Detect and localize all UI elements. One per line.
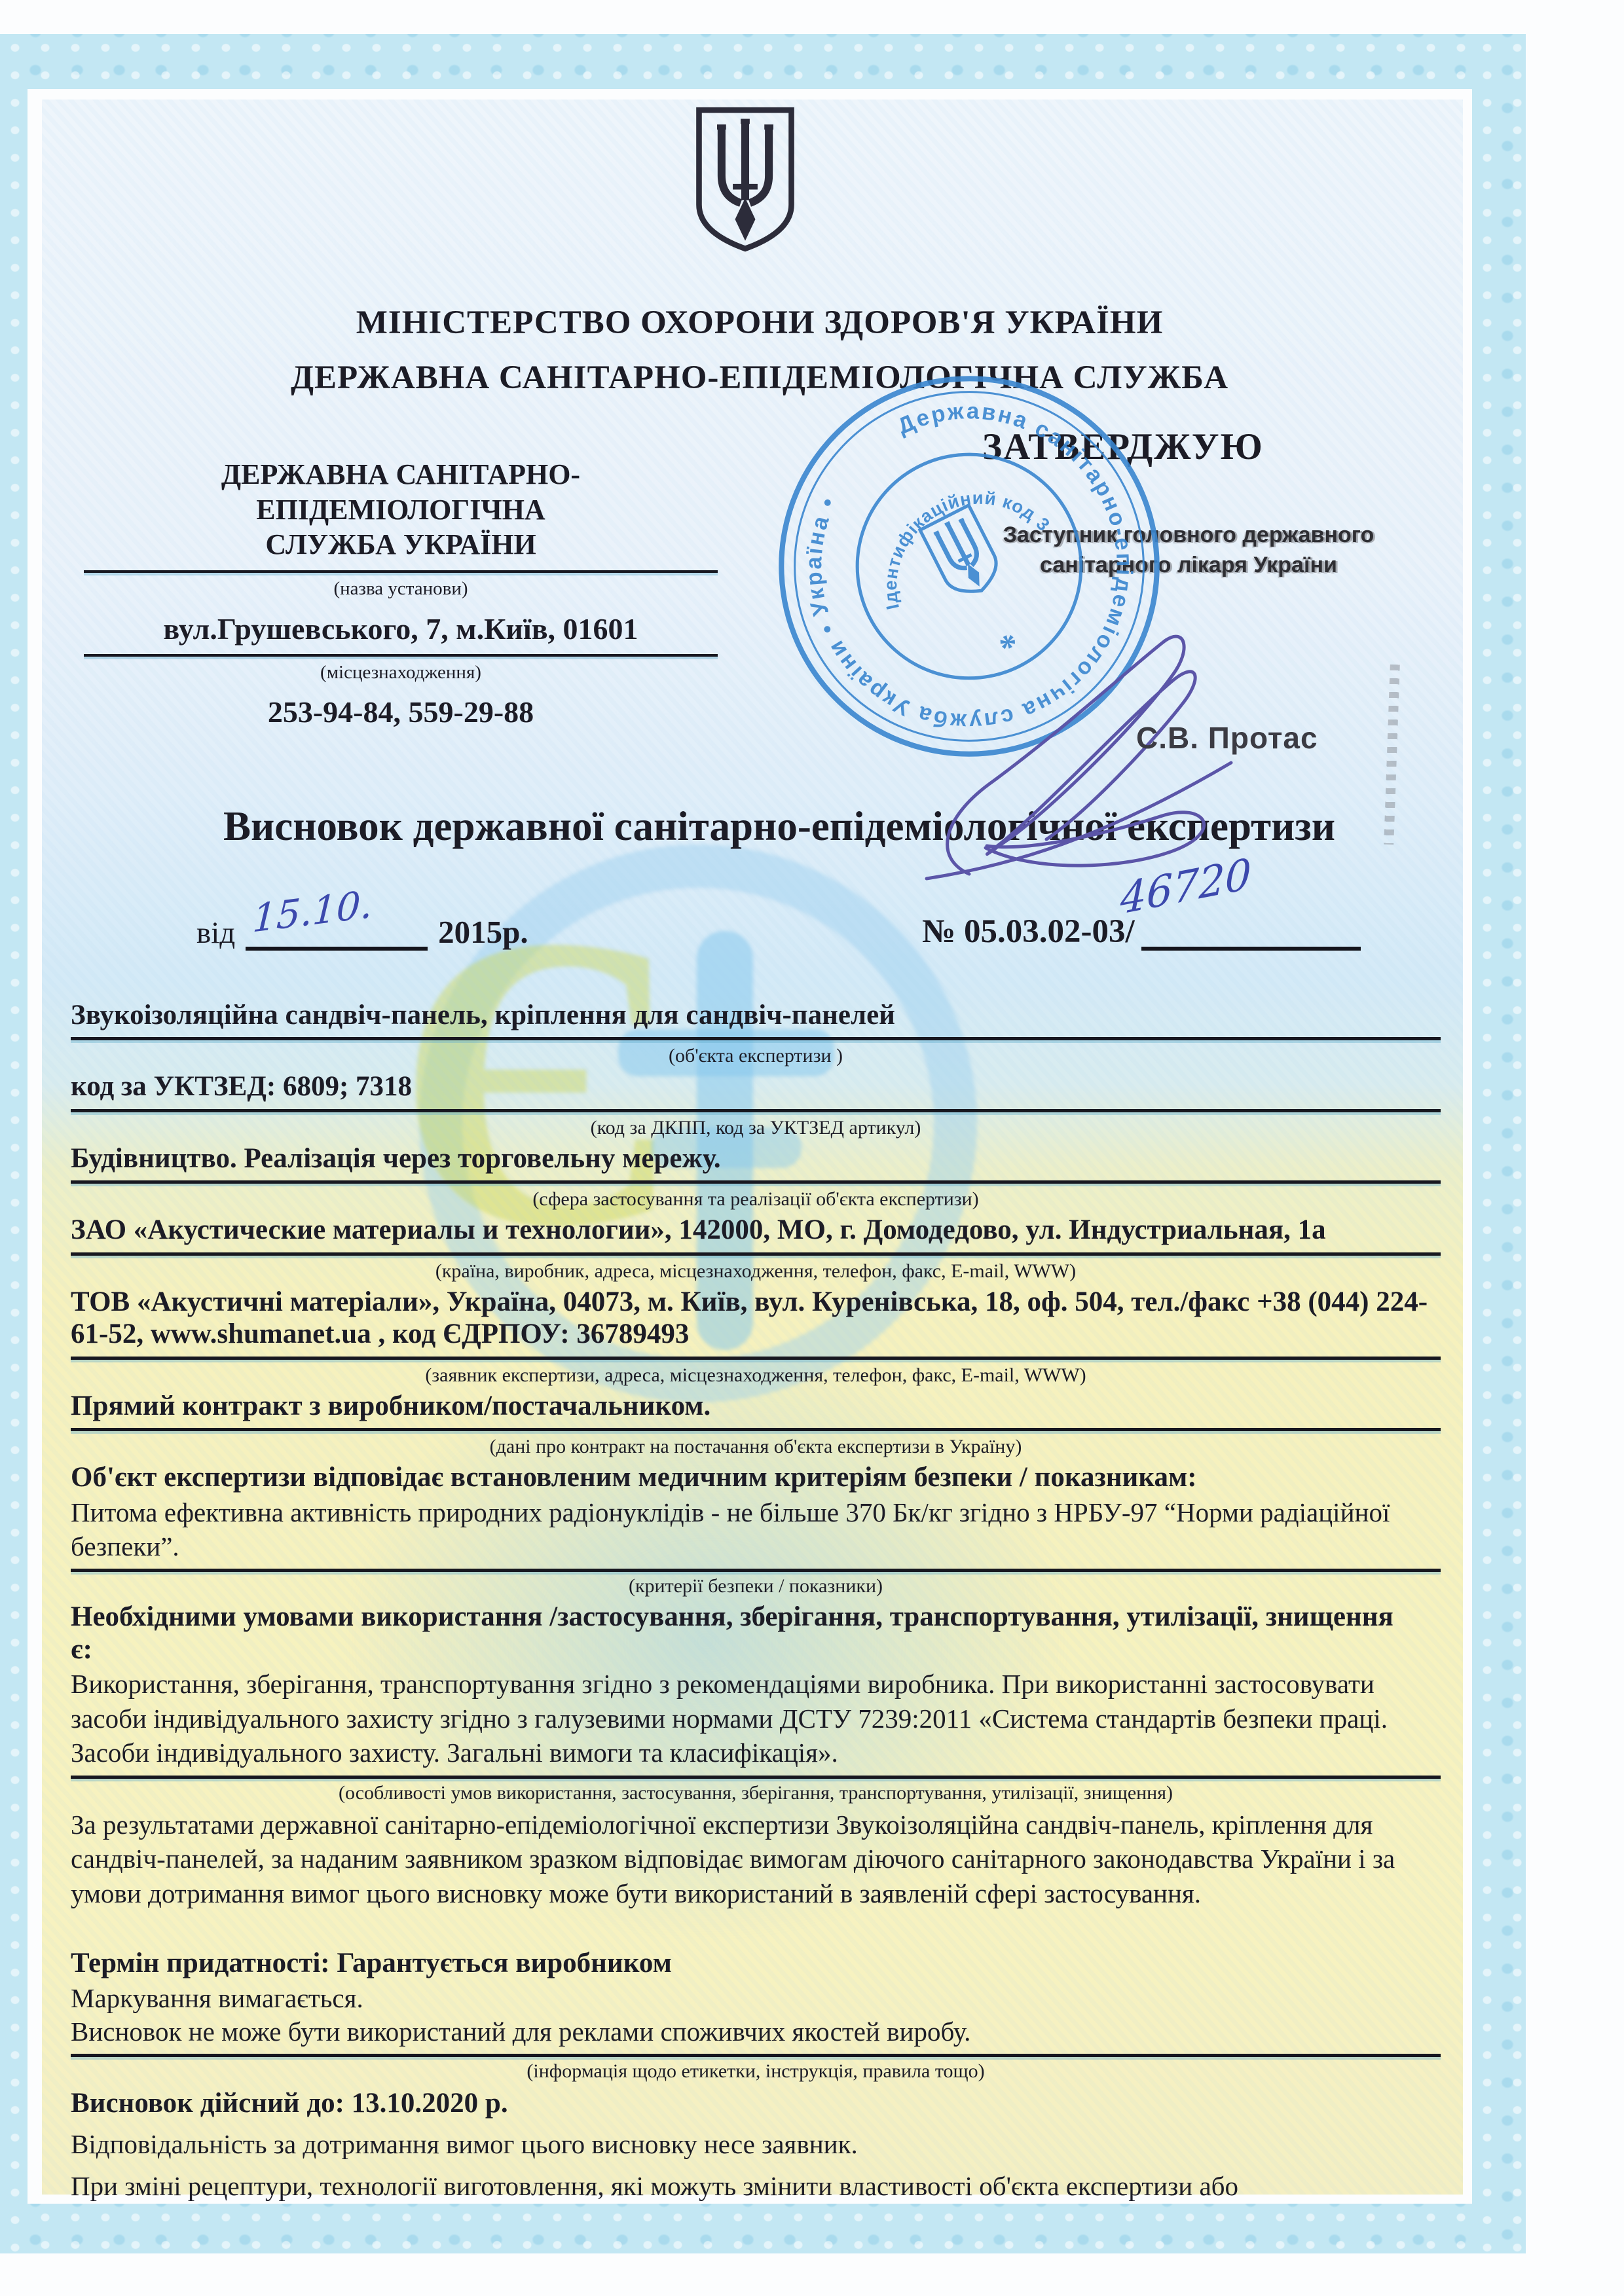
field-sphere: Будівництво. Реалізація через торговельн… (71, 1142, 1441, 1210)
responsibility-line: Відповідальність за дотримання вимог цьо… (71, 2128, 1441, 2160)
underline (71, 2054, 1441, 2057)
date-year: 2015р. (438, 913, 528, 951)
note-line: При зміні рецептури, технології виготовл… (71, 2170, 1441, 2202)
underline (71, 1357, 1441, 1360)
approver-name: С.В. Протас (1136, 720, 1318, 756)
number-row: № 05.03.02-03/ 46720 (922, 911, 1361, 951)
underline (84, 654, 718, 657)
institution-name-line2: СЛУЖБА УКРАЇНИ (84, 527, 718, 562)
criteria-body: Питома ефективна активність природних ра… (71, 1495, 1441, 1564)
institution-phones: 253-94-84, 559-29-88 (84, 695, 718, 729)
date-underline: 15.10. (246, 911, 428, 951)
field-code: код за УКТЗЕД: 6809; 7318 (код за ДКПП, … (71, 1070, 1441, 1138)
term-caption: (інформація щодо етикетки, інструкція, п… (71, 2060, 1441, 2082)
field-code-value: код за УКТЗЕД: 6809; 7318 (71, 1070, 1441, 1102)
conditions-caption: (особливості умов використання, застосув… (71, 1782, 1441, 1804)
validity-line: Висновок дійсний до: 13.10.2020 р. (71, 2087, 1441, 2119)
field-producer-value: ЗАО «Акустические материалы и технологии… (71, 1214, 1441, 1246)
term-line1: Термін придатності: Гарантується виробни… (71, 1947, 1441, 1979)
field-contract: Прямий контракт з виробником/постачальни… (71, 1390, 1441, 1457)
field-object: Звукоізоляційна сандвіч-панель, кріпленн… (71, 999, 1441, 1066)
field-applicant-caption: (заявник експертизи, адреса, місцезнаход… (71, 1364, 1441, 1386)
border-band-bottom (0, 2204, 1526, 2253)
field-object-caption: (об'єкта експертизи ) (71, 1045, 1441, 1066)
field-sphere-value: Будівництво. Реалізація через торговельн… (71, 1142, 1441, 1175)
field-code-caption: (код за ДКПП, код за УКТЗЕД артикул) (71, 1117, 1441, 1139)
date-row: від 15.10. 2015р. (196, 911, 528, 951)
underline (71, 1776, 1441, 1779)
institution-name-caption: (назва установи) (84, 578, 718, 600)
field-contract-caption: (дані про контракт на постачання об'єкта… (71, 1436, 1441, 1457)
term-line3: Висновок не може бути використаний для р… (71, 2016, 1441, 2047)
criteria-caption: (критерії безпеки / показники) (71, 1575, 1441, 1597)
conclusion-paragraph: За результатами державної санітарно-епід… (71, 1808, 1441, 1910)
underline (71, 1428, 1441, 1431)
border-band-left (0, 34, 28, 2253)
field-criteria: Об'єкт експертизи відповідає встановлени… (71, 1461, 1441, 1597)
number-underline: 46720 (1141, 911, 1361, 951)
border-band-right (1472, 34, 1526, 2253)
field-object-value: Звукоізоляційна сандвіч-панель, кріпленн… (71, 999, 1441, 1031)
field-conditions: Необхідними умовами використання /застос… (71, 1601, 1441, 1803)
field-applicant: ТОВ «Акустичні матеріали», Україна, 0407… (71, 1286, 1441, 1386)
institution-block: ДЕРЖАВНА САНІТАРНО-ЕПІДЕМІОЛОГІЧНА СЛУЖБ… (84, 457, 718, 729)
border-band-top (0, 34, 1526, 89)
field-applicant-value: ТОВ «Акустичні матеріали», Україна, 0407… (71, 1286, 1441, 1351)
institution-address: вул.Грушевського, 7, м.Київ, 01601 (84, 611, 718, 646)
number-label: № 05.03.02-03/ (922, 913, 1135, 951)
ministry-line1: МІНІСТЕРСТВО ОХОРОНИ ЗДОРОВ'Я УКРАЇНИ (92, 296, 1428, 351)
underline (71, 1569, 1441, 1572)
ministry-line2: ДЕРЖАВНА САНІТАРНО-ЕПІДЕМІОЛОГІЧНА СЛУЖБ… (92, 351, 1428, 406)
signature (887, 622, 1274, 897)
field-producer-caption: (країна, виробник, адреса, місцезнаходже… (71, 1260, 1441, 1282)
certificate-page: Є МІНІСТЕРСТВО ОХОРОНИ ЗДОРОВ'Я УКРАЇНИ … (0, 0, 1624, 2296)
ministry-header: МІНІСТЕРСТВО ОХОРОНИ ЗДОРОВ'Я УКРАЇНИ ДЕ… (92, 296, 1428, 405)
underline (71, 1109, 1441, 1112)
field-producer: ЗАО «Акустические материалы и технологии… (71, 1214, 1441, 1281)
underline (71, 1252, 1441, 1256)
field-sphere-caption: (сфера застосування та реалізації об'єкт… (71, 1188, 1441, 1210)
conditions-body: Використання, зберігання, транспортуванн… (71, 1667, 1441, 1770)
ukraine-trident-emblem-icon (689, 102, 802, 257)
conditions-lead-line1: Необхідними умовами використання /застос… (71, 1601, 1441, 1633)
field-contract-value: Прямий контракт з виробником/постачальни… (71, 1390, 1441, 1422)
underline (71, 1037, 1441, 1040)
term-line2: Маркування вимагається. (71, 1983, 1441, 2014)
fields-area: Звукоізоляційна сандвіч-панель, кріпленн… (71, 999, 1441, 2202)
field-term: Термін придатності: Гарантується виробни… (71, 1947, 1441, 2082)
conditions-lead-line2: є: (71, 1633, 1441, 1666)
underline (71, 1180, 1441, 1184)
institution-name-line1: ДЕРЖАВНА САНІТАРНО-ЕПІДЕМІОЛОГІЧНА (84, 457, 718, 527)
criteria-lead: Об'єкт експертизи відповідає встановлени… (71, 1461, 1441, 1493)
institution-address-caption: (місцезнаходження) (84, 662, 718, 683)
underline (84, 570, 718, 573)
date-label: від (196, 915, 235, 951)
